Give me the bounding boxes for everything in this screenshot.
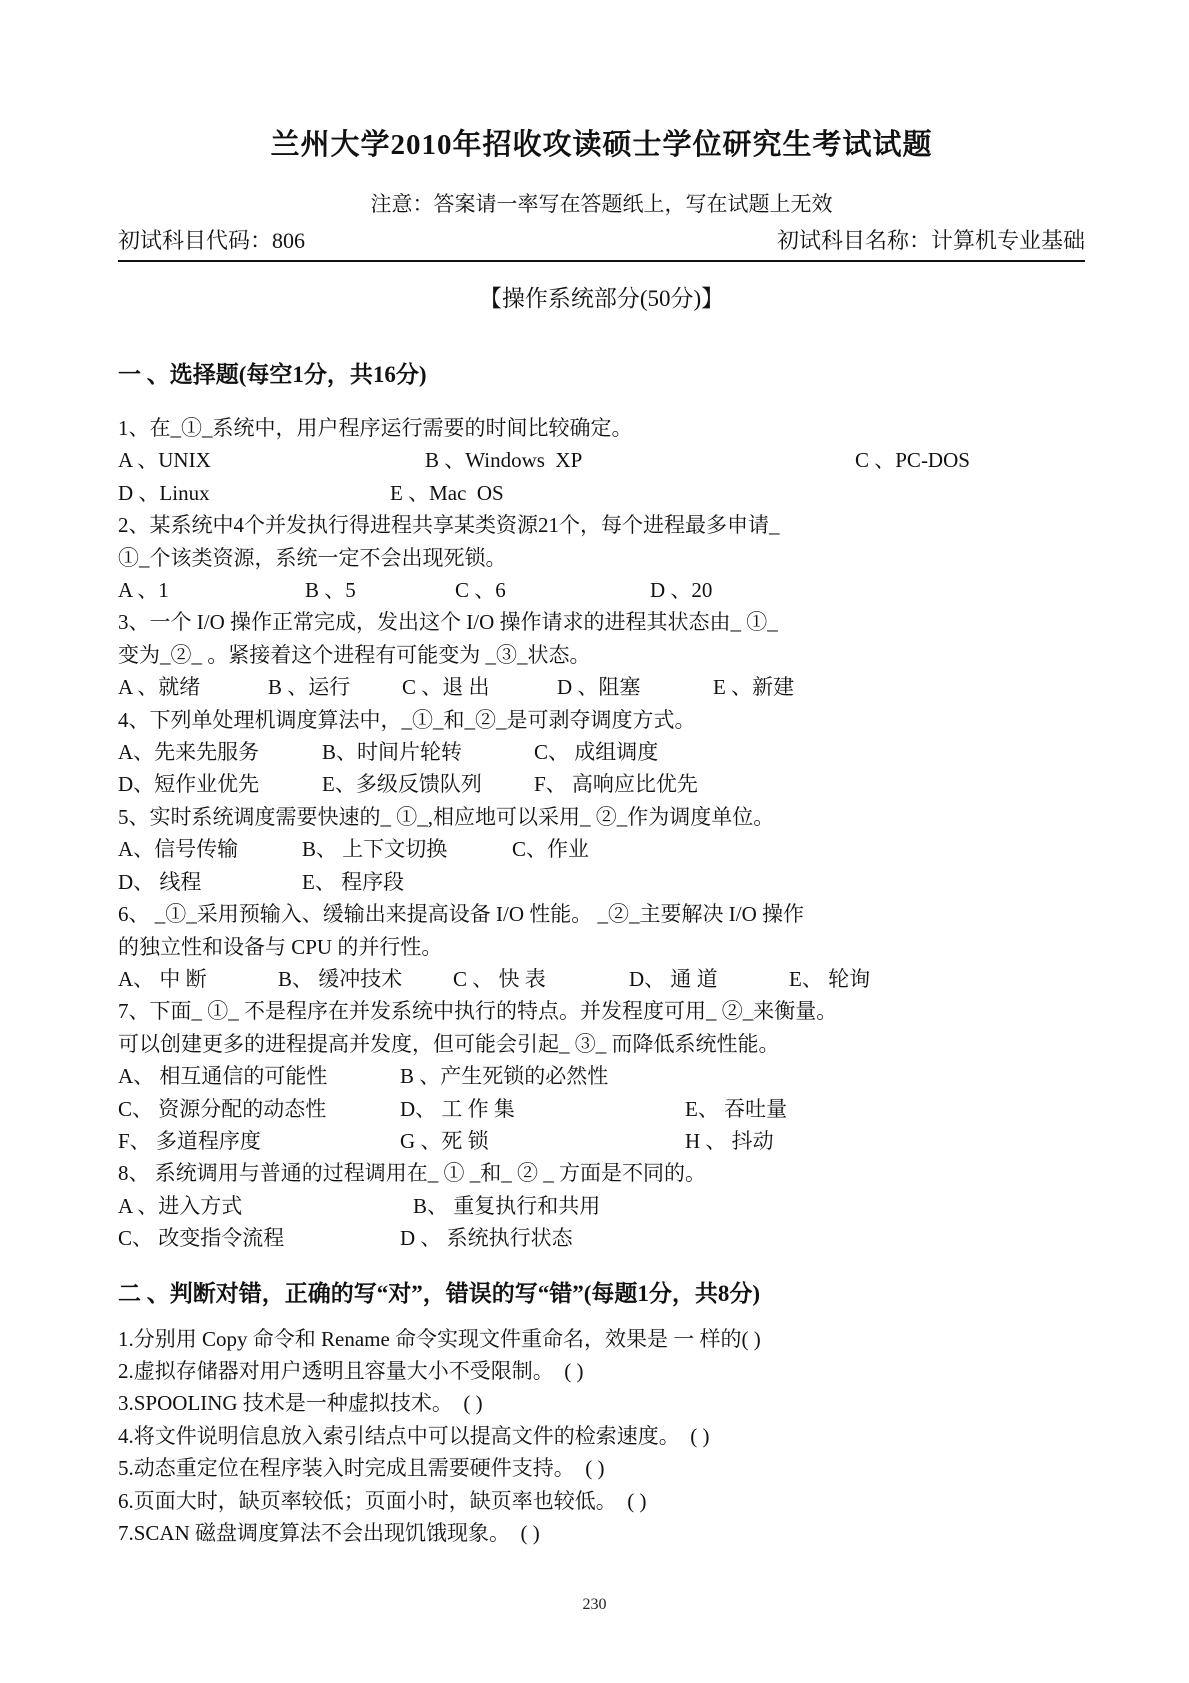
option-cell: E、 程序段 [302, 866, 1085, 898]
option-cell: C、 资源分配的动态性 [118, 1093, 400, 1125]
option-cell: A 、1 [118, 574, 305, 606]
option-row: A、信号传输 B、 上下文切换 C、作业 [118, 833, 1085, 865]
option-row: A、 相互通信的可能性 B 、产生死锁的必然性 [118, 1060, 1085, 1092]
option-cell: B、 上下文切换 [302, 833, 512, 865]
option-cell: C 、退 出 [402, 671, 557, 703]
option-cell: C、 成组调度 [534, 736, 1085, 768]
question-stem: 3、一个 I/O 操作正常完成，发出这个 I/O 操作请求的进程其状态由_ ①_ [118, 606, 1085, 638]
page-title: 兰州大学2010年招收攻读硕士学位研究生考试试题 [118, 128, 1085, 162]
option-row: D、 线程 E、 程序段 [118, 866, 1085, 898]
subject-code: 初试科目代码：806 [118, 226, 305, 256]
option-cell: A、 中 断 [118, 963, 278, 995]
option-cell: F、 高响应比优先 [534, 768, 1085, 800]
question-stem: 可以创建更多的进程提高并发度，但可能会引起_ ③_ 而降低系统性能。 [118, 1028, 1085, 1060]
true-false-item: 2.虚拟存储器对用户透明且容量大小不受限制。 ( ) [118, 1355, 1085, 1387]
option-cell: G 、死 锁 [400, 1125, 685, 1157]
option-row: D、短作业优先 E、多级反馈队列 F、 高响应比优先 [118, 768, 1085, 800]
true-false-item: 7.SCAN 磁盘调度算法不会出现饥饿现象。 ( ) [118, 1517, 1085, 1549]
section1-body: 1、在_①_系统中，用户程序运行需要的时间比较确定。 A 、UNIX B 、Wi… [118, 412, 1085, 1255]
question-stem: 的独立性和设备与 CPU 的并行性。 [118, 931, 1085, 963]
true-false-item: 5.动态重定位在程序装入时完成且需要硬件支持。 ( ) [118, 1452, 1085, 1484]
question-2: 2、某系统中4个并发执行得进程共享某类资源21个，每个进程最多申请_ ①_个该类… [118, 509, 1085, 606]
option-cell: B、 重复执行和共用 [413, 1190, 1085, 1222]
option-row: A 、1 B 、5 C 、6 D 、20 [118, 574, 1085, 606]
true-false-item: 6.页面大时，缺页率较低；页面小时，缺页率也较低。 ( ) [118, 1485, 1085, 1517]
option-cell: B、 缓冲技术 [278, 963, 453, 995]
true-false-item: 3.SPOOLING 技术是一种虚拟技术。 ( ) [118, 1387, 1085, 1419]
notice-line: 注意：答案请一率写在答题纸上，写在试题上无效 [118, 190, 1085, 218]
option-cell: A 、就绪 [118, 671, 268, 703]
subject-row: 初试科目代码：806 初试科目名称：计算机专业基础 [118, 226, 1085, 262]
option-row: A 、进入方式 B、 重复执行和共用 [118, 1190, 1085, 1222]
option-cell: C、 改变指令流程 [118, 1222, 400, 1254]
question-stem: 1、在_①_系统中，用户程序运行需要的时间比较确定。 [118, 412, 1085, 444]
question-stem: 5、实时系统调度需要快速的_ ①_,相应地可以采用_ ②_作为调度单位。 [118, 801, 1085, 833]
question-3: 3、一个 I/O 操作正常完成，发出这个 I/O 操作请求的进程其状态由_ ①_… [118, 606, 1085, 703]
question-stem: ①_个该类资源，系统一定不会出现死锁。 [118, 542, 1085, 574]
question-5: 5、实时系统调度需要快速的_ ①_,相应地可以采用_ ②_作为调度单位。 A、信… [118, 801, 1085, 898]
option-row: D 、Linux E 、Mac OS [118, 477, 1085, 509]
option-cell: A、先来先服务 [118, 736, 322, 768]
option-cell: C 、PC-DOS [855, 444, 1085, 476]
option-cell: C 、6 [455, 574, 650, 606]
option-cell: D 、 系统执行状态 [400, 1222, 1085, 1254]
option-cell: H 、 抖动 [685, 1125, 1085, 1157]
option-row: F、 多道程序度 G 、死 锁 H 、 抖动 [118, 1125, 1085, 1157]
option-cell: B 、产生死锁的必然性 [400, 1060, 1085, 1092]
option-cell: B、时间片轮转 [322, 736, 534, 768]
section2-heading: 二 、判断对错，正确的写“对”，错误的写“错”(每题1分，共8分) [118, 1277, 1085, 1311]
option-cell: E 、Mac OS [390, 477, 1085, 509]
option-row: C、 改变指令流程 D 、 系统执行状态 [118, 1222, 1085, 1254]
option-cell: E、 轮询 [789, 963, 1085, 995]
section-banner: 【操作系统部分(50分)】 [118, 284, 1085, 314]
option-row: C、 资源分配的动态性 D、 工 作 集 E、 吞吐量 [118, 1093, 1085, 1125]
option-row: A、先来先服务 B、时间片轮转 C、 成组调度 [118, 736, 1085, 768]
option-cell: D 、阻塞 [557, 671, 713, 703]
true-false-item: 4.将文件说明信息放入索引结点中可以提高文件的检索速度。 ( ) [118, 1420, 1085, 1452]
option-cell: B 、Windows XP [425, 444, 855, 476]
option-cell: D 、20 [650, 574, 1085, 606]
question-4: 4、下列单处理机调度算法中，_①_和_②_是可剥夺调度方式。 A、先来先服务 B… [118, 704, 1085, 801]
option-row: A 、UNIX B 、Windows XP C 、PC-DOS [118, 444, 1085, 476]
option-cell: E 、新建 [713, 671, 1085, 703]
option-cell: A 、UNIX [118, 444, 425, 476]
option-cell: E、 吞吐量 [685, 1093, 1085, 1125]
question-stem: 7、下面_ ①_ 不是程序在并发系统中执行的特点。并发程度可用_ ②_来衡量。 [118, 995, 1085, 1027]
option-cell: A、 相互通信的可能性 [118, 1060, 400, 1092]
option-cell: A、信号传输 [118, 833, 302, 865]
true-false-item: 1.分别用 Copy 命令和 Rename 命令实现文件重命名，效果是 一 样的… [118, 1323, 1085, 1355]
option-row: A 、就绪 B 、运行 C 、退 出 D 、阻塞 E 、新建 [118, 671, 1085, 703]
option-cell: D、 线程 [118, 866, 302, 898]
section2-body: 1.分别用 Copy 命令和 Rename 命令实现文件重命名，效果是 一 样的… [118, 1323, 1085, 1550]
page-number: 230 [0, 1596, 1189, 1614]
option-cell: D 、Linux [118, 477, 390, 509]
option-cell: A 、进入方式 [118, 1190, 413, 1222]
question-stem: 变为_②_ 。紧接着这个进程有可能变为 _③_状态。 [118, 639, 1085, 671]
question-8: 8、 系统调用与普通的过程调用在_ ① _和_ ② _ 方面是不同的。 A 、进… [118, 1157, 1085, 1254]
option-cell: F、 多道程序度 [118, 1125, 400, 1157]
question-stem: 8、 系统调用与普通的过程调用在_ ① _和_ ② _ 方面是不同的。 [118, 1157, 1085, 1189]
option-row: A、 中 断 B、 缓冲技术 C 、 快 表 D、 通 道 E、 轮询 [118, 963, 1085, 995]
option-cell: D、 工 作 集 [400, 1093, 685, 1125]
subject-name: 初试科目名称：计算机专业基础 [777, 226, 1085, 256]
option-cell: B 、运行 [268, 671, 402, 703]
question-1: 1、在_①_系统中，用户程序运行需要的时间比较确定。 A 、UNIX B 、Wi… [118, 412, 1085, 509]
option-cell: C、作业 [512, 833, 1085, 865]
option-cell: E、多级反馈队列 [322, 768, 534, 800]
section1-heading: 一 、选择题(每空1分，共16分) [118, 358, 1085, 392]
option-cell: D、 通 道 [629, 963, 789, 995]
question-stem: 2、某系统中4个并发执行得进程共享某类资源21个，每个进程最多申请_ [118, 509, 1085, 541]
option-cell: C 、 快 表 [453, 963, 629, 995]
option-cell: B 、5 [305, 574, 455, 606]
question-stem: 4、下列单处理机调度算法中，_①_和_②_是可剥夺调度方式。 [118, 704, 1085, 736]
exam-paper-page: 兰州大学2010年招收攻读硕士学位研究生考试试题 注意：答案请一率写在答题纸上，… [0, 0, 1189, 1683]
question-7: 7、下面_ ①_ 不是程序在并发系统中执行的特点。并发程度可用_ ②_来衡量。 … [118, 995, 1085, 1157]
question-6: 6、 _①_采用预输入、缓输出来提高设备 I/O 性能。 _②_主要解决 I/O… [118, 898, 1085, 995]
question-stem: 6、 _①_采用预输入、缓输出来提高设备 I/O 性能。 _②_主要解决 I/O… [118, 898, 1085, 930]
option-cell: D、短作业优先 [118, 768, 322, 800]
